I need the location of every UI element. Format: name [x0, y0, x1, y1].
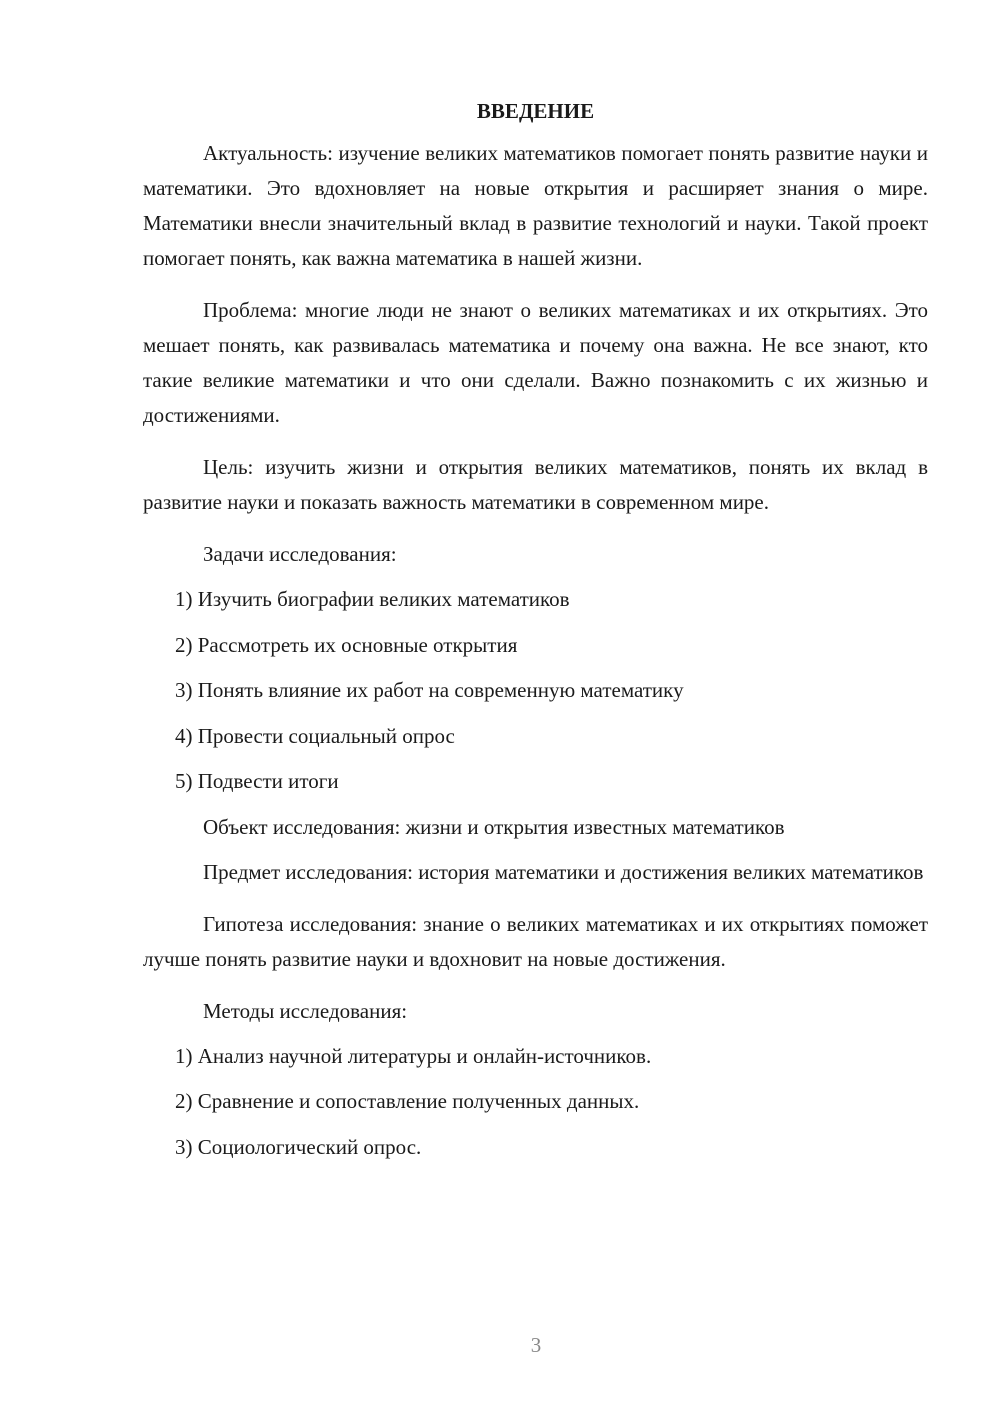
- task-item: 5) Подвести итоги: [143, 764, 928, 799]
- tasks-list: 1) Изучить биографии великих математиков…: [143, 582, 928, 799]
- methods-list: 1) Анализ научной литературы и онлайн-ис…: [143, 1039, 928, 1165]
- section-title: ВВЕДЕНИЕ: [143, 96, 928, 126]
- task-item: 1) Изучить биографии великих математиков: [143, 582, 928, 617]
- task-item: 3) Понять влияние их работ на современну…: [143, 673, 928, 708]
- object-paragraph: Объект исследования: жизни и открытия из…: [143, 810, 928, 845]
- subject-paragraph: Предмет исследования: история математики…: [143, 855, 928, 890]
- relevance-paragraph: Актуальность: изучение великих математик…: [143, 136, 928, 276]
- page-content: ВВЕДЕНИЕ Актуальность: изучение великих …: [143, 96, 928, 1175]
- method-item: 1) Анализ научной литературы и онлайн-ис…: [143, 1039, 928, 1074]
- page-number: 3: [0, 1333, 1000, 1358]
- method-item: 2) Сравнение и сопоставление полученных …: [143, 1084, 928, 1119]
- problem-paragraph: Проблема: многие люди не знают о великих…: [143, 293, 928, 433]
- method-item: 3) Социологический опрос.: [143, 1130, 928, 1165]
- tasks-label: Задачи исследования:: [143, 537, 928, 572]
- task-item: 4) Провести социальный опрос: [143, 719, 928, 754]
- goal-paragraph: Цель: изучить жизни и открытия великих м…: [143, 450, 928, 520]
- document-page: ВВЕДЕНИЕ Актуальность: изучение великих …: [0, 0, 1000, 1414]
- methods-label: Методы исследования:: [143, 994, 928, 1029]
- hypothesis-paragraph: Гипотеза исследования: знание о великих …: [143, 907, 928, 977]
- task-item: 2) Рассмотреть их основные открытия: [143, 628, 928, 663]
